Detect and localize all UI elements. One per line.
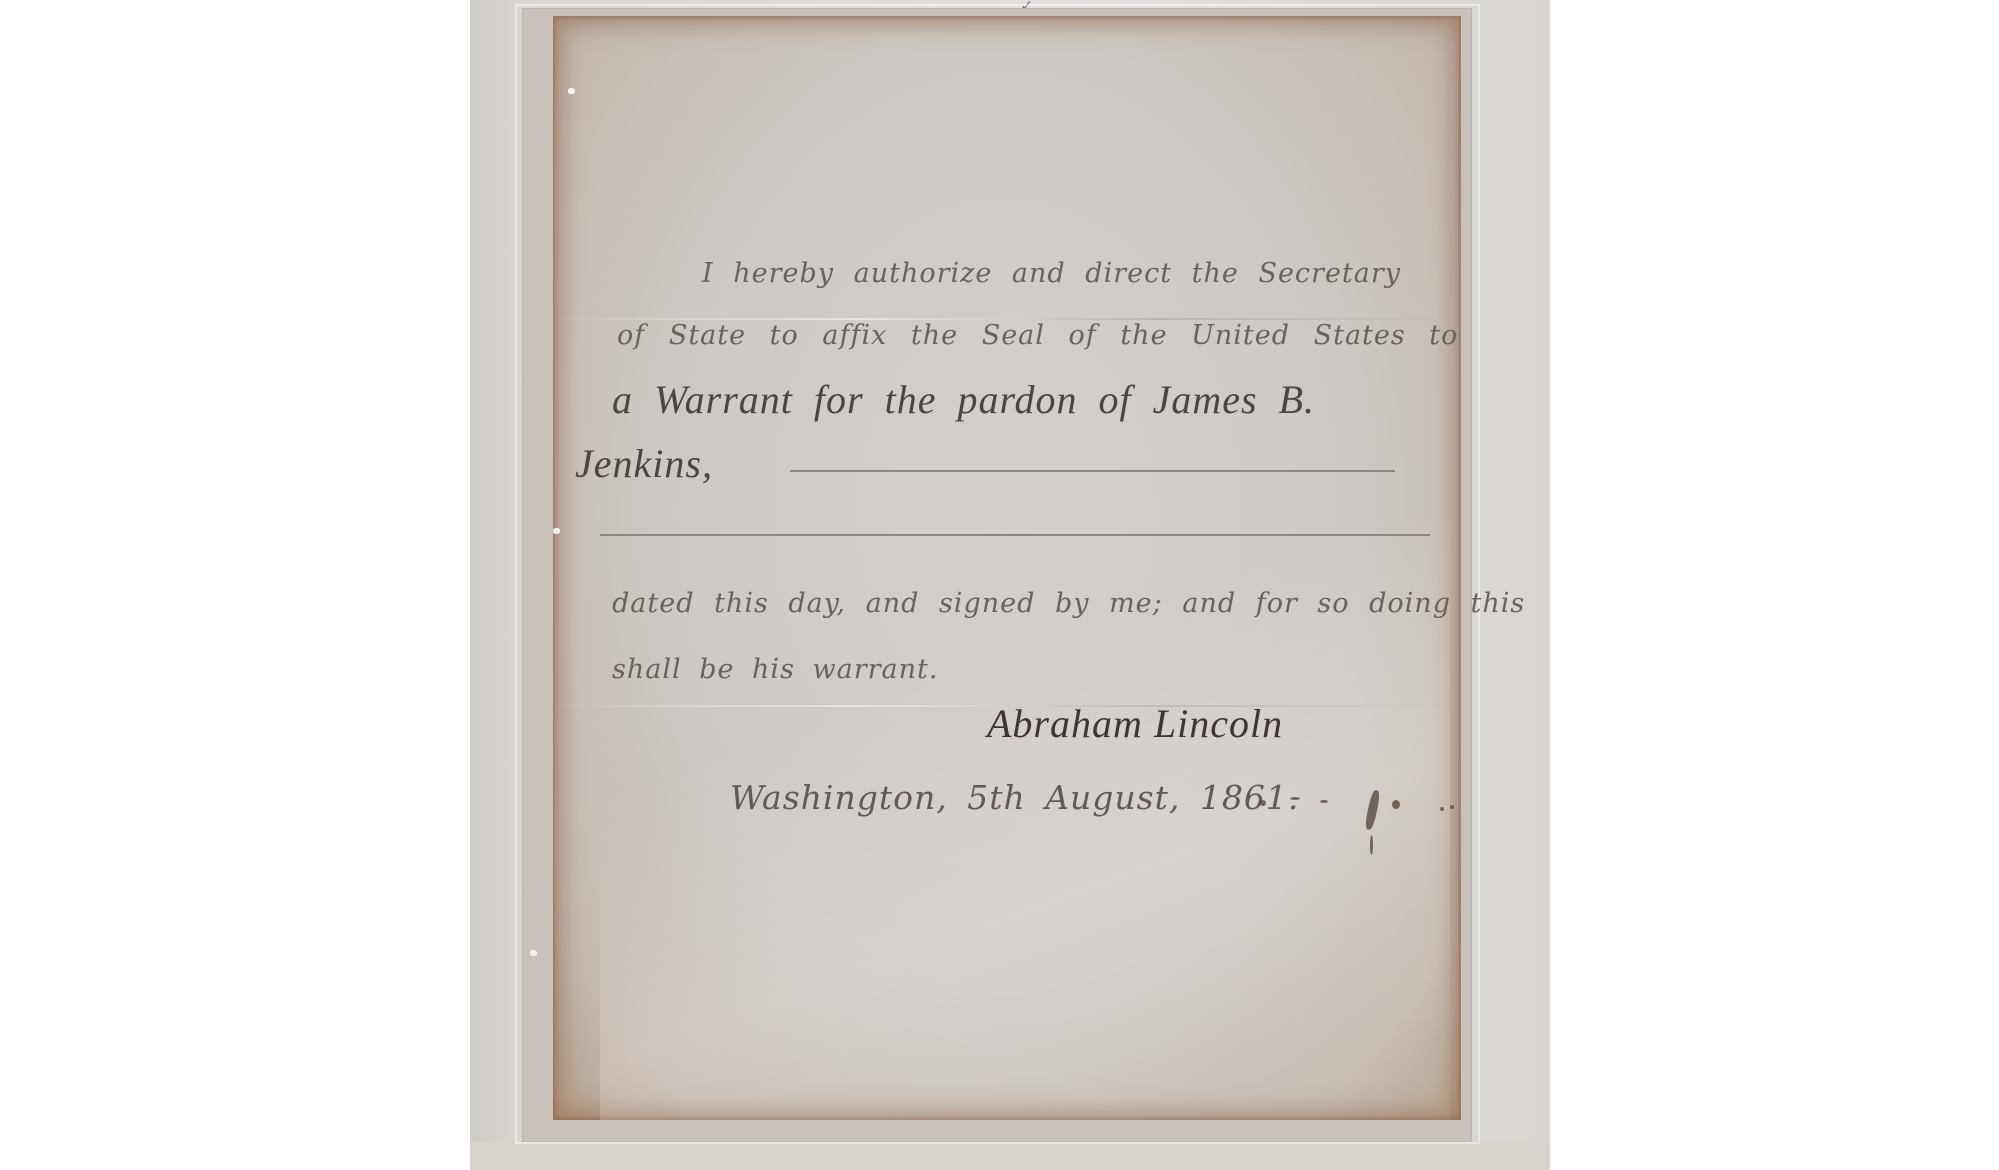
place-and-date: Washington, 5th August, 1861. (730, 778, 1299, 817)
body-line-3-recipient: a Warrant for the pardon of James B. (612, 376, 1315, 423)
mat-board-lower-edge (470, 1142, 1550, 1170)
signature: Abraham Lincoln (987, 700, 1283, 747)
body-line-1: I hereby authorize and direct the Secret… (702, 258, 1401, 289)
fill-in-line (790, 470, 1395, 472)
body-line-4-recipient-surname: Jenkins, (575, 440, 713, 487)
fill-in-line (600, 534, 1430, 536)
body-line-2: of State to affix the Seal of the United… (617, 320, 1458, 351)
paper-chip (530, 950, 537, 956)
paper-chip (568, 88, 575, 94)
body-line-6: shall be his warrant. (612, 654, 938, 685)
document-paper (553, 16, 1461, 1120)
body-line-5: dated this day, and signed by me; and fo… (612, 588, 1525, 619)
paper-chip (553, 528, 560, 534)
